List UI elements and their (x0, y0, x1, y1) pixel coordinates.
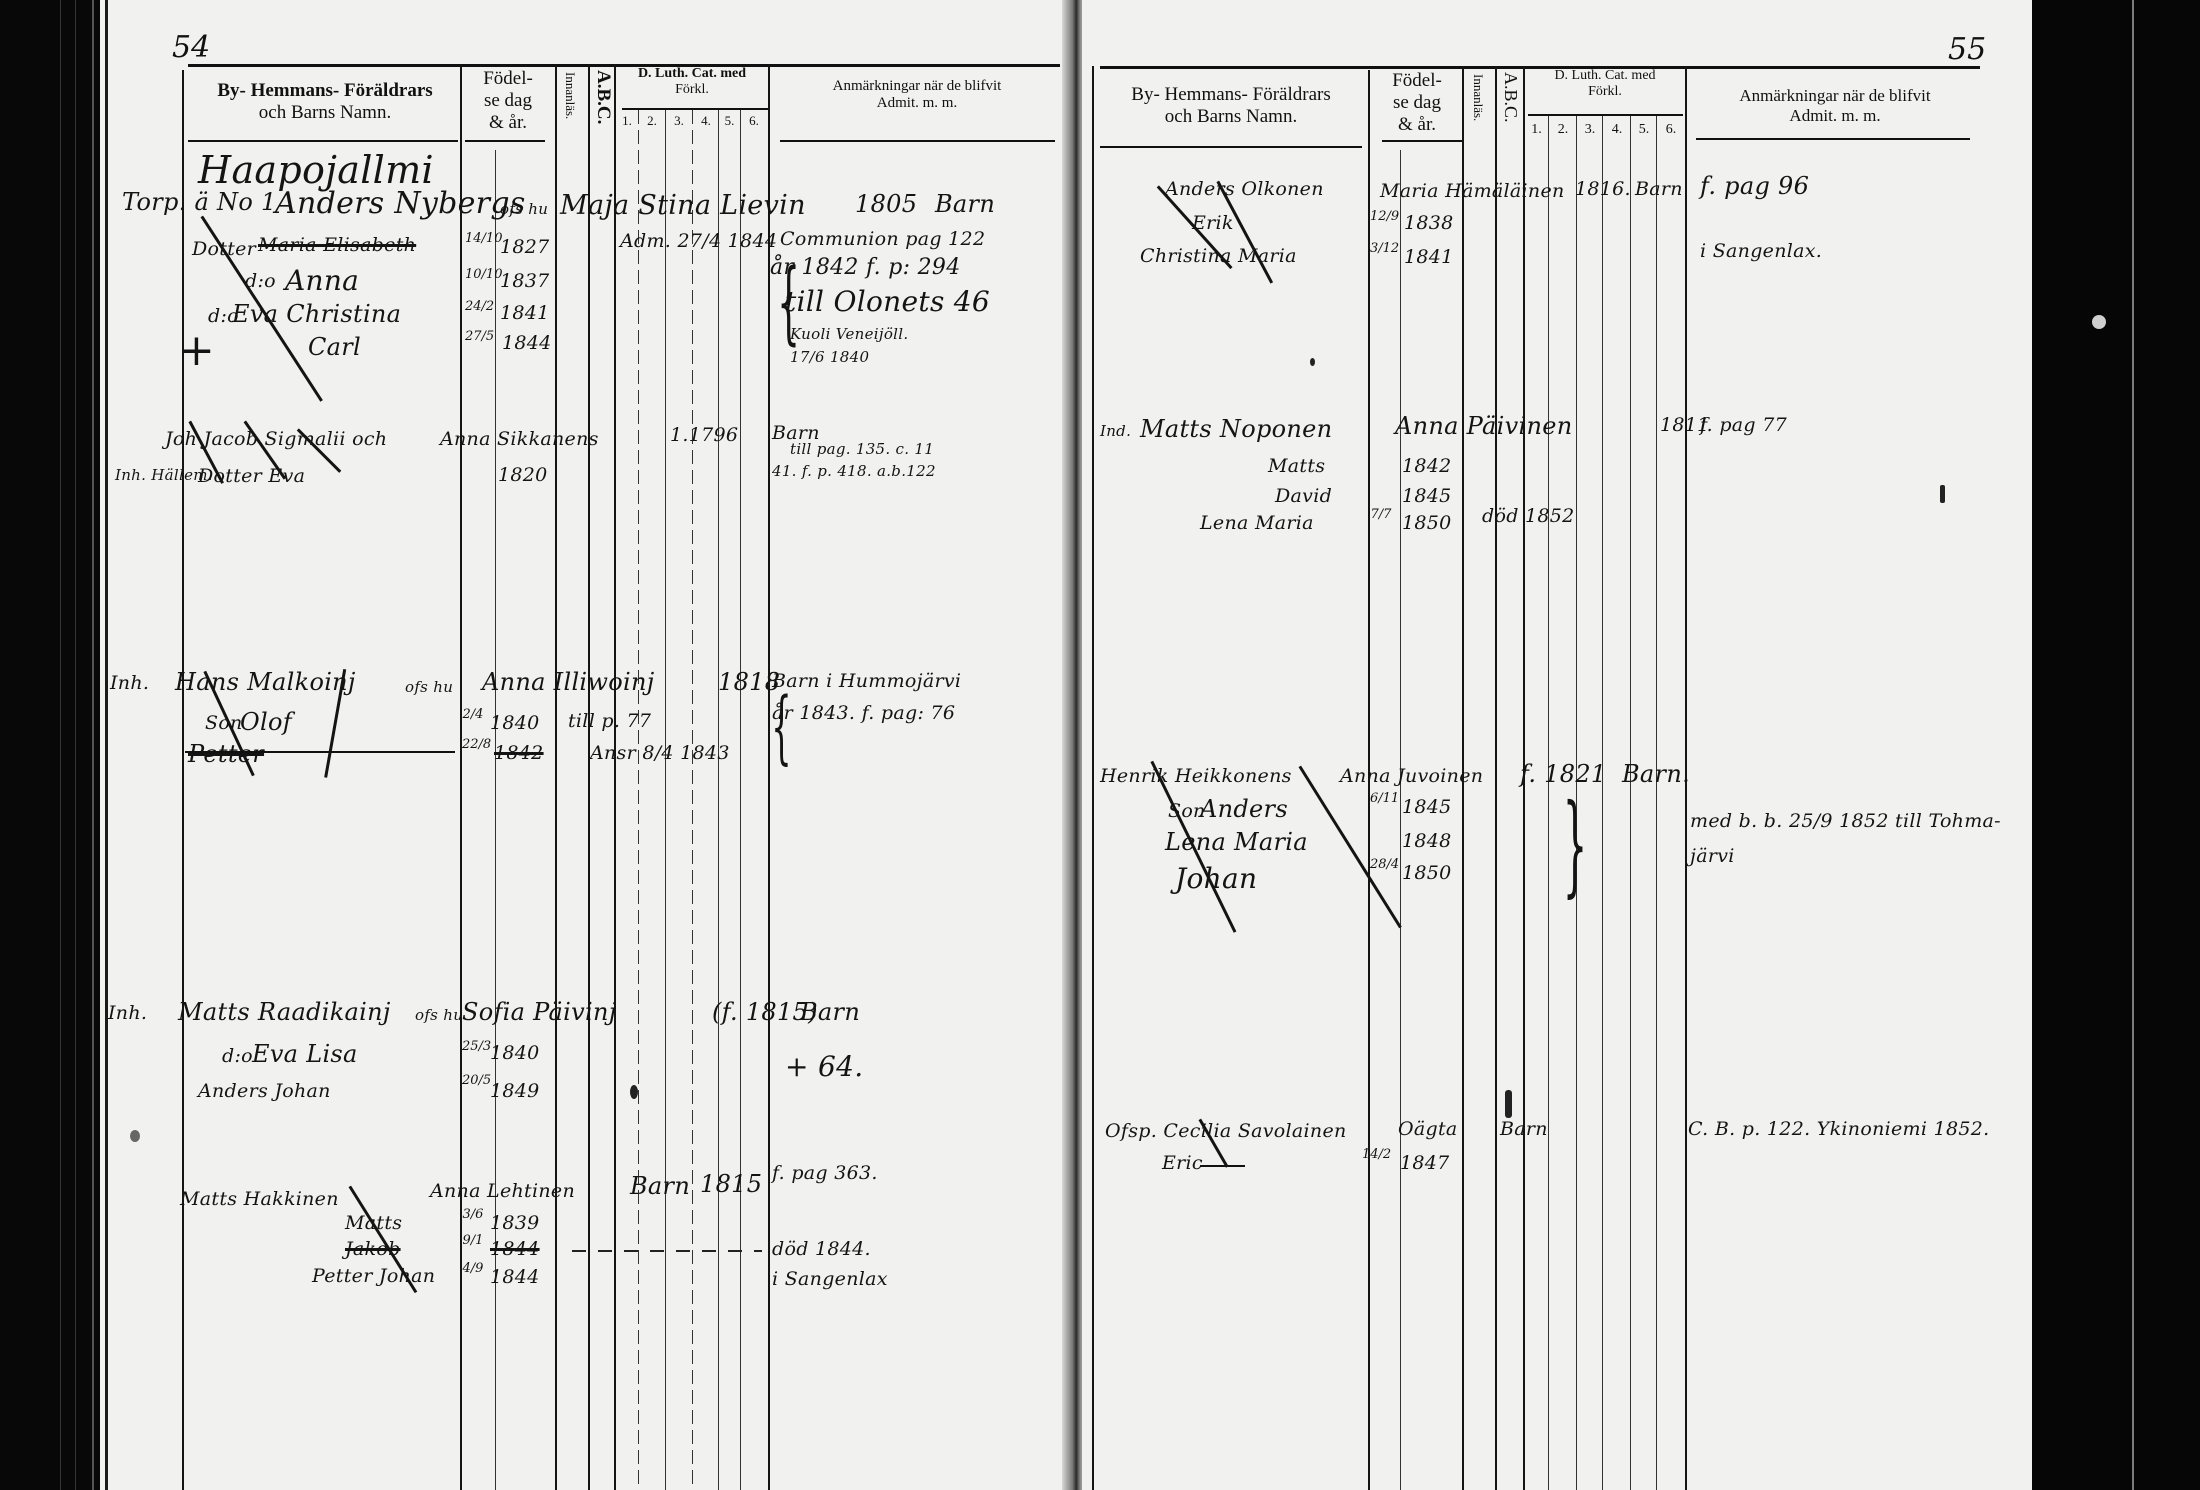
page-edge-rule (105, 0, 108, 1490)
child-date: 27/5 (465, 330, 487, 343)
child-year: 1841 (500, 302, 550, 324)
remark-line: f. pag 96 (1700, 172, 1809, 200)
col-rule-birth-inner (495, 150, 496, 1490)
date-text: 6/11 (1370, 792, 1392, 805)
entry-margin: Ind. (1100, 422, 1131, 440)
child-date: 14/10 (465, 232, 487, 245)
remark-line: + 64. (785, 1050, 863, 1083)
scan-border-left (0, 0, 100, 1490)
spouse-name: Anna Juvoinen (1340, 765, 1483, 787)
child-year: 1844 (502, 332, 552, 354)
date-text: 4/9 (462, 1262, 484, 1275)
cat-num: 1. (616, 114, 638, 129)
child-date: 25/3 (462, 1040, 484, 1053)
child-date: 24/2 (465, 300, 487, 313)
col-rule-birth (460, 64, 462, 1490)
spouse-year: 1816. (1575, 178, 1631, 200)
child-year-struck: 1842 (494, 742, 544, 764)
col-rule-cat2 (638, 110, 639, 1490)
child-date: 9/1 (462, 1234, 484, 1247)
spouse-name: Oägta (1398, 1118, 1458, 1140)
header-name-col-right: By- Hemmans- Föräldrars och Barns Namn. (1100, 84, 1362, 128)
col-rule-abc (588, 64, 590, 1490)
child-date: 3/12 (1370, 242, 1392, 255)
header-name-col: By- Hemmans- Föräldrars och Barns Namn. (190, 80, 460, 124)
child-prefix: d:o (222, 1045, 253, 1067)
header-name-line1: By- Hemmans- Föräldrars (190, 80, 460, 102)
header-catechism-right: D. Luth. Cat. med Förkl. (1525, 68, 1685, 100)
remark-line: 41. f. p. 418. a.b.122 (772, 462, 936, 480)
child-name-struck: Petter (188, 740, 264, 768)
date-text: 28/4 (1370, 858, 1392, 871)
entry-note: Barn (1635, 178, 1683, 200)
date-text: 12/9 (1370, 210, 1392, 223)
col-rule-cat5 (1630, 116, 1631, 1490)
child-name: Anna (285, 264, 359, 297)
child-year: 1841 (1404, 246, 1454, 268)
header-inlands: Innanläs. (562, 72, 578, 119)
date-text: 9/1 (462, 1234, 484, 1247)
cat-num: 1. (1525, 122, 1548, 138)
child-date: 12/9 (1370, 210, 1392, 223)
spouse-name: Anna Sikkanens (440, 428, 599, 450)
remark-line: till Olonets 46 (785, 285, 990, 318)
header-bottom-rule (465, 140, 545, 142)
child-date: 14/2 (1362, 1148, 1384, 1161)
head-name: Matts Raadikainj (178, 998, 391, 1026)
strike-rule (185, 751, 455, 753)
cat-num: 6. (1658, 122, 1684, 138)
col-rule-abc (1495, 66, 1497, 1490)
child-year: 1848 (1402, 830, 1452, 852)
head-name: Anders Nybergs (275, 186, 526, 221)
date-text: 3/6 (462, 1208, 484, 1221)
col-rule-name-left (1092, 66, 1094, 1490)
entry-margin: Torp. ä No 1 (122, 188, 277, 216)
child-note: död 1852 (1482, 505, 1575, 527)
col-rule-inlands (555, 64, 557, 1490)
header-bottom-rule (1100, 146, 1362, 148)
head-name: Anders Olkonen (1165, 178, 1324, 200)
col-rule-cat2 (1548, 116, 1549, 1490)
child-year: 1844 (490, 1266, 540, 1288)
child-date: 7/7 (1370, 508, 1392, 521)
header-abc: A.B.C. (592, 70, 614, 124)
header-bottom-rule (188, 140, 458, 142)
child-year: 1840 (490, 1042, 540, 1064)
head-name: Ofsp. Cecilia Savolainen (1105, 1120, 1347, 1142)
child-name: Anders Johan (198, 1080, 331, 1102)
date-text: 2/4 (462, 708, 484, 721)
scan-speck (130, 1130, 140, 1142)
child-date: 3/6 (462, 1208, 484, 1221)
remark-line: f. pag 77 (1700, 414, 1787, 436)
col-rule-name-left (182, 70, 184, 1490)
remark-line: till pag. 135. c. 11 (790, 440, 934, 458)
child-date: 22/8 (462, 738, 484, 751)
remark-line: Communion pag 122 (780, 228, 985, 250)
date-text: 14/2 (1362, 1148, 1384, 1161)
header-name-line1: By- Hemmans- Föräldrars (1100, 84, 1362, 106)
date-text: 3/12 (1370, 242, 1392, 255)
dashed-rule (572, 1250, 762, 1252)
col-rule-cat3 (665, 110, 666, 1490)
remark-line: i Sangenlax. (1700, 240, 1822, 262)
child-year: 1838 (1404, 212, 1454, 234)
death-cross-icon: + (178, 325, 215, 376)
child-year: 1842 (1402, 455, 1452, 477)
cat-num: 5. (719, 114, 740, 129)
entry-margin: Inh. (108, 1002, 147, 1024)
col-rule-cat4 (1602, 116, 1603, 1490)
child-name: Olof (240, 708, 292, 736)
header-birth-col: Födel- se dag & år. (462, 68, 554, 134)
header-bottom-rule (780, 140, 1055, 142)
spouse-year: 1.1796 (670, 424, 738, 446)
remark-line: 17/6 1840 (790, 348, 869, 366)
child-year: 1850 (1402, 512, 1452, 534)
col-rule-cat6 (1656, 116, 1657, 1490)
header-birth-line1: Födel- (1372, 70, 1462, 92)
remark-line: C. B. p. 122. Ykinoniemi 1852. (1688, 1118, 1989, 1140)
child-name: Eva Lisa (252, 1040, 358, 1068)
admit-note: Adm. 27/4 1844 (620, 230, 777, 252)
cat-num: 3. (666, 114, 692, 129)
head-name: Henrik Heikkonens (1100, 765, 1292, 787)
brace-mark: { (771, 680, 791, 773)
child-name: Petter Johan (312, 1265, 435, 1287)
child-year: 1827 (500, 236, 550, 258)
header-birth-line2: se dag (1372, 92, 1462, 114)
header-catechism-line2: Förkl. (1525, 84, 1685, 100)
admit-note: Ansr 8/4 1843 (590, 742, 730, 764)
scan-speck (1505, 1090, 1512, 1118)
header-bottom-rule (1382, 140, 1464, 142)
scan-speck (1940, 485, 1945, 503)
col-rule-cat5 (718, 110, 719, 1490)
head-birth: ofs hu (500, 200, 548, 218)
catechism-sub-rule (1528, 114, 1683, 116)
remark-line: f. pag 363. (772, 1162, 878, 1184)
col-rule-birth-inner (1400, 150, 1401, 1490)
spouse-year: 1805 (855, 190, 917, 218)
date-text: 24/2 (465, 300, 487, 313)
spouse-name: Anna Illiwoinj (482, 668, 654, 696)
col-rule-cat6 (740, 110, 741, 1490)
child-name: Lena Maria (1200, 512, 1314, 534)
child-name: Carl (308, 333, 361, 361)
page-number-right: 55 (1948, 32, 1986, 67)
child-year: 1839 (490, 1212, 540, 1234)
child-date: 2/4 (462, 708, 484, 721)
catechism-sub-rule (622, 108, 770, 110)
child-date: 20/5 (462, 1074, 484, 1087)
date-text: 22/8 (462, 738, 484, 751)
header-birth-line1: Födel- (462, 68, 554, 90)
date-text: 10/10 (465, 268, 487, 281)
header-remarks: Anmärkningar när de blifvit Admit. m. m. (772, 78, 1062, 113)
header-birth-line3: & år. (1372, 114, 1462, 136)
child-name: Eric (1162, 1152, 1203, 1174)
head-birth: ofs hu (415, 1006, 463, 1024)
admit-note: till p. 77 (568, 710, 651, 732)
spouse-name: Sofia Päivinj (462, 998, 616, 1026)
header-catechism-line1: D. Luth. Cat. med (1525, 68, 1685, 84)
brace-mark: } (1563, 780, 1588, 908)
remark-line: järvi (1690, 845, 1735, 867)
header-remarks-line2: Admit. m. m. (1695, 106, 1975, 126)
header-abc-right: A.B.C. (1500, 72, 1521, 123)
header-catechism: D. Luth. Cat. med Förkl. (616, 66, 768, 98)
child-year: 1845 (1402, 796, 1452, 818)
child-year: 1820 (498, 464, 548, 486)
entry-margin: Inh. (110, 672, 149, 694)
child-year: 1837 (500, 270, 550, 292)
cat-num: 4. (694, 114, 718, 129)
child-year: 1847 (1400, 1152, 1450, 1174)
spouse-year: 1815 (700, 1170, 762, 1198)
remark-line: i Sangenlax (772, 1268, 888, 1290)
head-name: Matts Noponen (1140, 415, 1332, 443)
child-name: Matts (1268, 455, 1325, 477)
entry-note: Barn (800, 998, 860, 1026)
scan-speck (630, 1085, 638, 1099)
scan-speck (2092, 315, 2106, 329)
remark-line: död 1844. (772, 1238, 871, 1260)
header-remarks-line1: Anmärkningar när de blifvit (772, 78, 1062, 95)
entry-note: Barn (1500, 1118, 1548, 1140)
header-catechism-line1: D. Luth. Cat. med (616, 66, 768, 82)
cat-num: 3. (1578, 122, 1602, 138)
spouse-name: Anna Lehtinen (430, 1180, 575, 1202)
child-year: 1840 (490, 712, 540, 734)
header-name-line2: och Barns Namn. (190, 102, 460, 124)
entry-note: Barn. (1622, 760, 1690, 788)
spouse-name: Maja Stina Lievin (560, 190, 806, 221)
cat-num: 6. (742, 114, 766, 129)
child-date: 10/10 (465, 268, 487, 281)
date-text: 7/7 (1370, 508, 1392, 521)
remark-line: med b. b. 25/9 1852 till Tohma- (1690, 810, 2001, 832)
child-year: 1850 (1402, 862, 1452, 884)
date-text: 14/10 (465, 232, 487, 245)
remark-line: Kuoli Veneijöll. (790, 325, 908, 343)
cat-num: 5. (1632, 122, 1656, 138)
child-date: 4/9 (462, 1262, 484, 1275)
cat-num: 4. (1604, 122, 1630, 138)
spouse-name: Maria Hämäläinen (1380, 180, 1565, 202)
cat-num: 2. (640, 114, 664, 129)
header-remarks-line2: Admit. m. m. (772, 95, 1062, 112)
child-date: 6/11 (1370, 792, 1392, 805)
scan-speck (1310, 358, 1315, 366)
header-birth-col-right: Födel- se dag & år. (1372, 70, 1462, 136)
head-name: Hans Malkoinj (175, 668, 356, 696)
header-birth-line3: & år. (462, 112, 554, 134)
head-birth: ofs hu (405, 678, 453, 696)
child-year-struck: 1844 (490, 1238, 540, 1260)
child-name: David (1275, 485, 1332, 507)
child-year: 1849 (490, 1080, 540, 1102)
header-bottom-rule (1696, 138, 1970, 140)
header-inlands-right: Innanläs. (1470, 74, 1486, 121)
col-rule-cat4 (692, 110, 693, 1490)
cat-num: 2. (1550, 122, 1576, 138)
col-rule-cat1 (614, 64, 616, 1490)
header-birth-line2: se dag (462, 90, 554, 112)
remark-line: år 1843. f. pag: 76 (772, 702, 955, 724)
header-name-line2: och Barns Namn. (1100, 106, 1362, 128)
header-remarks-right: Anmärkningar när de blifvit Admit. m. m. (1695, 86, 1975, 125)
date-text: 25/3 (462, 1040, 484, 1053)
head-name: Matts Hakkinen (180, 1188, 339, 1210)
child-date: 28/4 (1370, 858, 1392, 871)
child-year: 1845 (1402, 485, 1452, 507)
entry-note: Barn (935, 190, 995, 218)
scan-border-right (2032, 0, 2200, 1490)
entry-note: Barn (630, 1172, 690, 1200)
dash-rule (1200, 1165, 1245, 1167)
page-number-left: 54 (172, 30, 210, 65)
date-text: 20/5 (462, 1074, 484, 1087)
child-name: Anders (1200, 795, 1288, 823)
date-text: 27/5 (465, 330, 487, 343)
header-remarks-line1: Anmärkningar när de blifvit (1695, 86, 1975, 106)
remark-line: Barn i Hummojärvi (772, 670, 961, 692)
child-name-struck: Maria Elisabeth (258, 234, 416, 256)
spouse-name: Anna Päivinen (1395, 412, 1573, 440)
header-catechism-line2: Förkl. (616, 82, 768, 98)
